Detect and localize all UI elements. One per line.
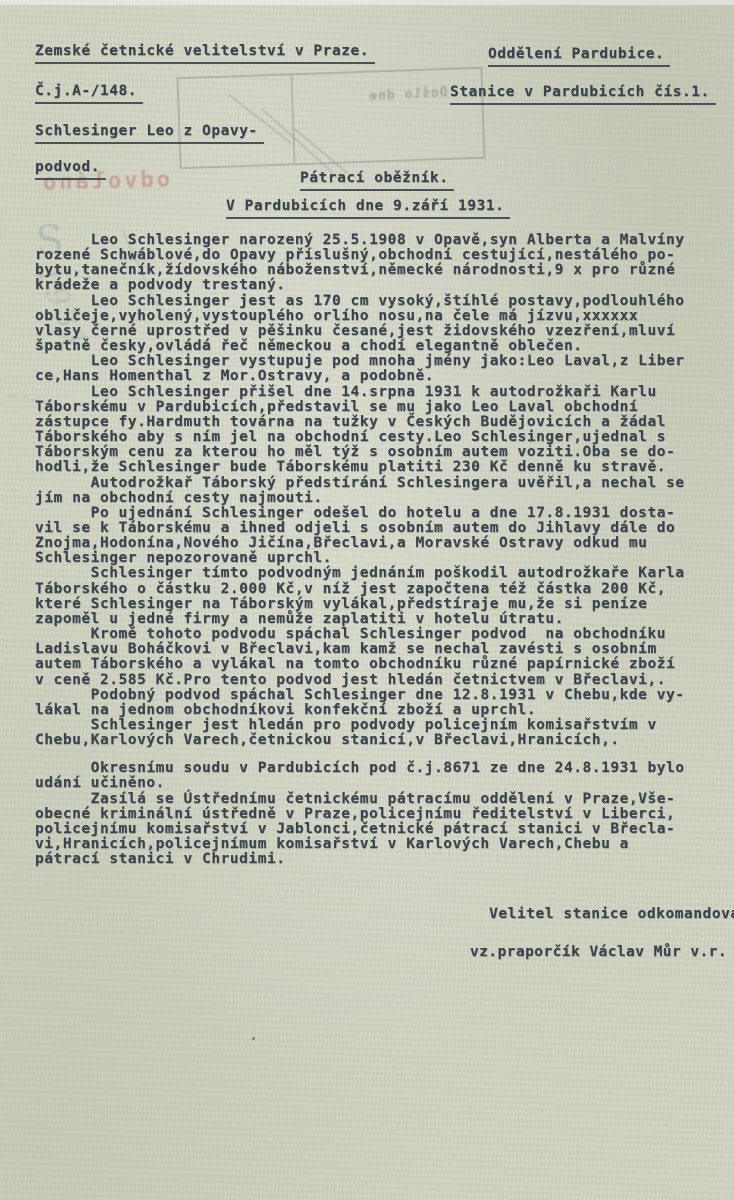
- paragraph-wanted-by: Schlesinger jest hledán pro podvody poli…: [35, 718, 727, 748]
- paragraph-cheb-fraud: Podobný podvod spáchal Schlesinger dne 1…: [35, 688, 727, 718]
- paragraph-taborsky-deal: Leo Schlesinger přišel dne 14.srpna 1931…: [35, 385, 727, 476]
- document-page: Došlo dne odvoláno S 1931 ~·~ Zemské čet…: [0, 0, 734, 1200]
- signature-name: vz.praporčík Václav Můr v.r.: [452, 943, 734, 962]
- paragraph-journey-escape: Po ujednání Schlesinger odešel do hotelu…: [35, 506, 727, 567]
- paragraph-breclav-fraud: Kromě tohoto podvodu spáchal Schlesinger…: [35, 627, 727, 688]
- paragraph-distribution: Zasílá se Ústřednímu četnickému pátracím…: [35, 792, 727, 868]
- signature-block: Velitel stanice odkomandován: vz.praporč…: [452, 886, 734, 1000]
- header-office-left: Zemské četnické velitelství v Praze.: [35, 43, 375, 59]
- paper-speck: [252, 1037, 255, 1040]
- paragraph-appearance: Leo Schlesinger jest as 170 cm vysoký,št…: [35, 294, 727, 355]
- document-title: Pátrací oběžník.: [300, 170, 454, 186]
- document-body: Leo Schlesinger narozený 25.5.1908 v Opa…: [35, 233, 727, 867]
- paragraph-description-birth: Leo Schlesinger narozený 25.5.1908 v Opa…: [35, 233, 727, 294]
- bleedthrough-received-text: Došlo dne: [367, 85, 447, 104]
- bleedthrough-divider: [290, 75, 295, 163]
- dateline: V Pardubicích dne 9.září 1931.: [226, 198, 510, 214]
- header-department: Oddělení Pardubice.: [488, 46, 670, 62]
- signature-title: Velitel stanice odkomandován:: [489, 906, 734, 922]
- paragraph-court-report: Okresnímu soudu v Pardubicích pod č.j.86…: [35, 761, 727, 791]
- header-subject-offense: podvod.: [35, 159, 106, 175]
- header-subject-name: Schlesinger Leo z Opavy-: [35, 123, 264, 139]
- paragraph-taborsky-hired: Autodrožkař Táborský předstírání Schlesi…: [35, 476, 727, 506]
- bleedthrough-stamp-box: Došlo dne: [176, 67, 485, 170]
- header-station: Stanice v Pardubicích čís.1.: [450, 84, 716, 100]
- paragraph-damages: Schlesinger tímto podvodným jednáním poš…: [35, 566, 727, 627]
- header-ref-number: Č.j.A-/148.: [35, 83, 143, 99]
- scan-edge: [0, 0, 734, 5]
- paragraph-aliases: Leo Schlesinger vystupuje pod mnoha jmén…: [35, 354, 727, 384]
